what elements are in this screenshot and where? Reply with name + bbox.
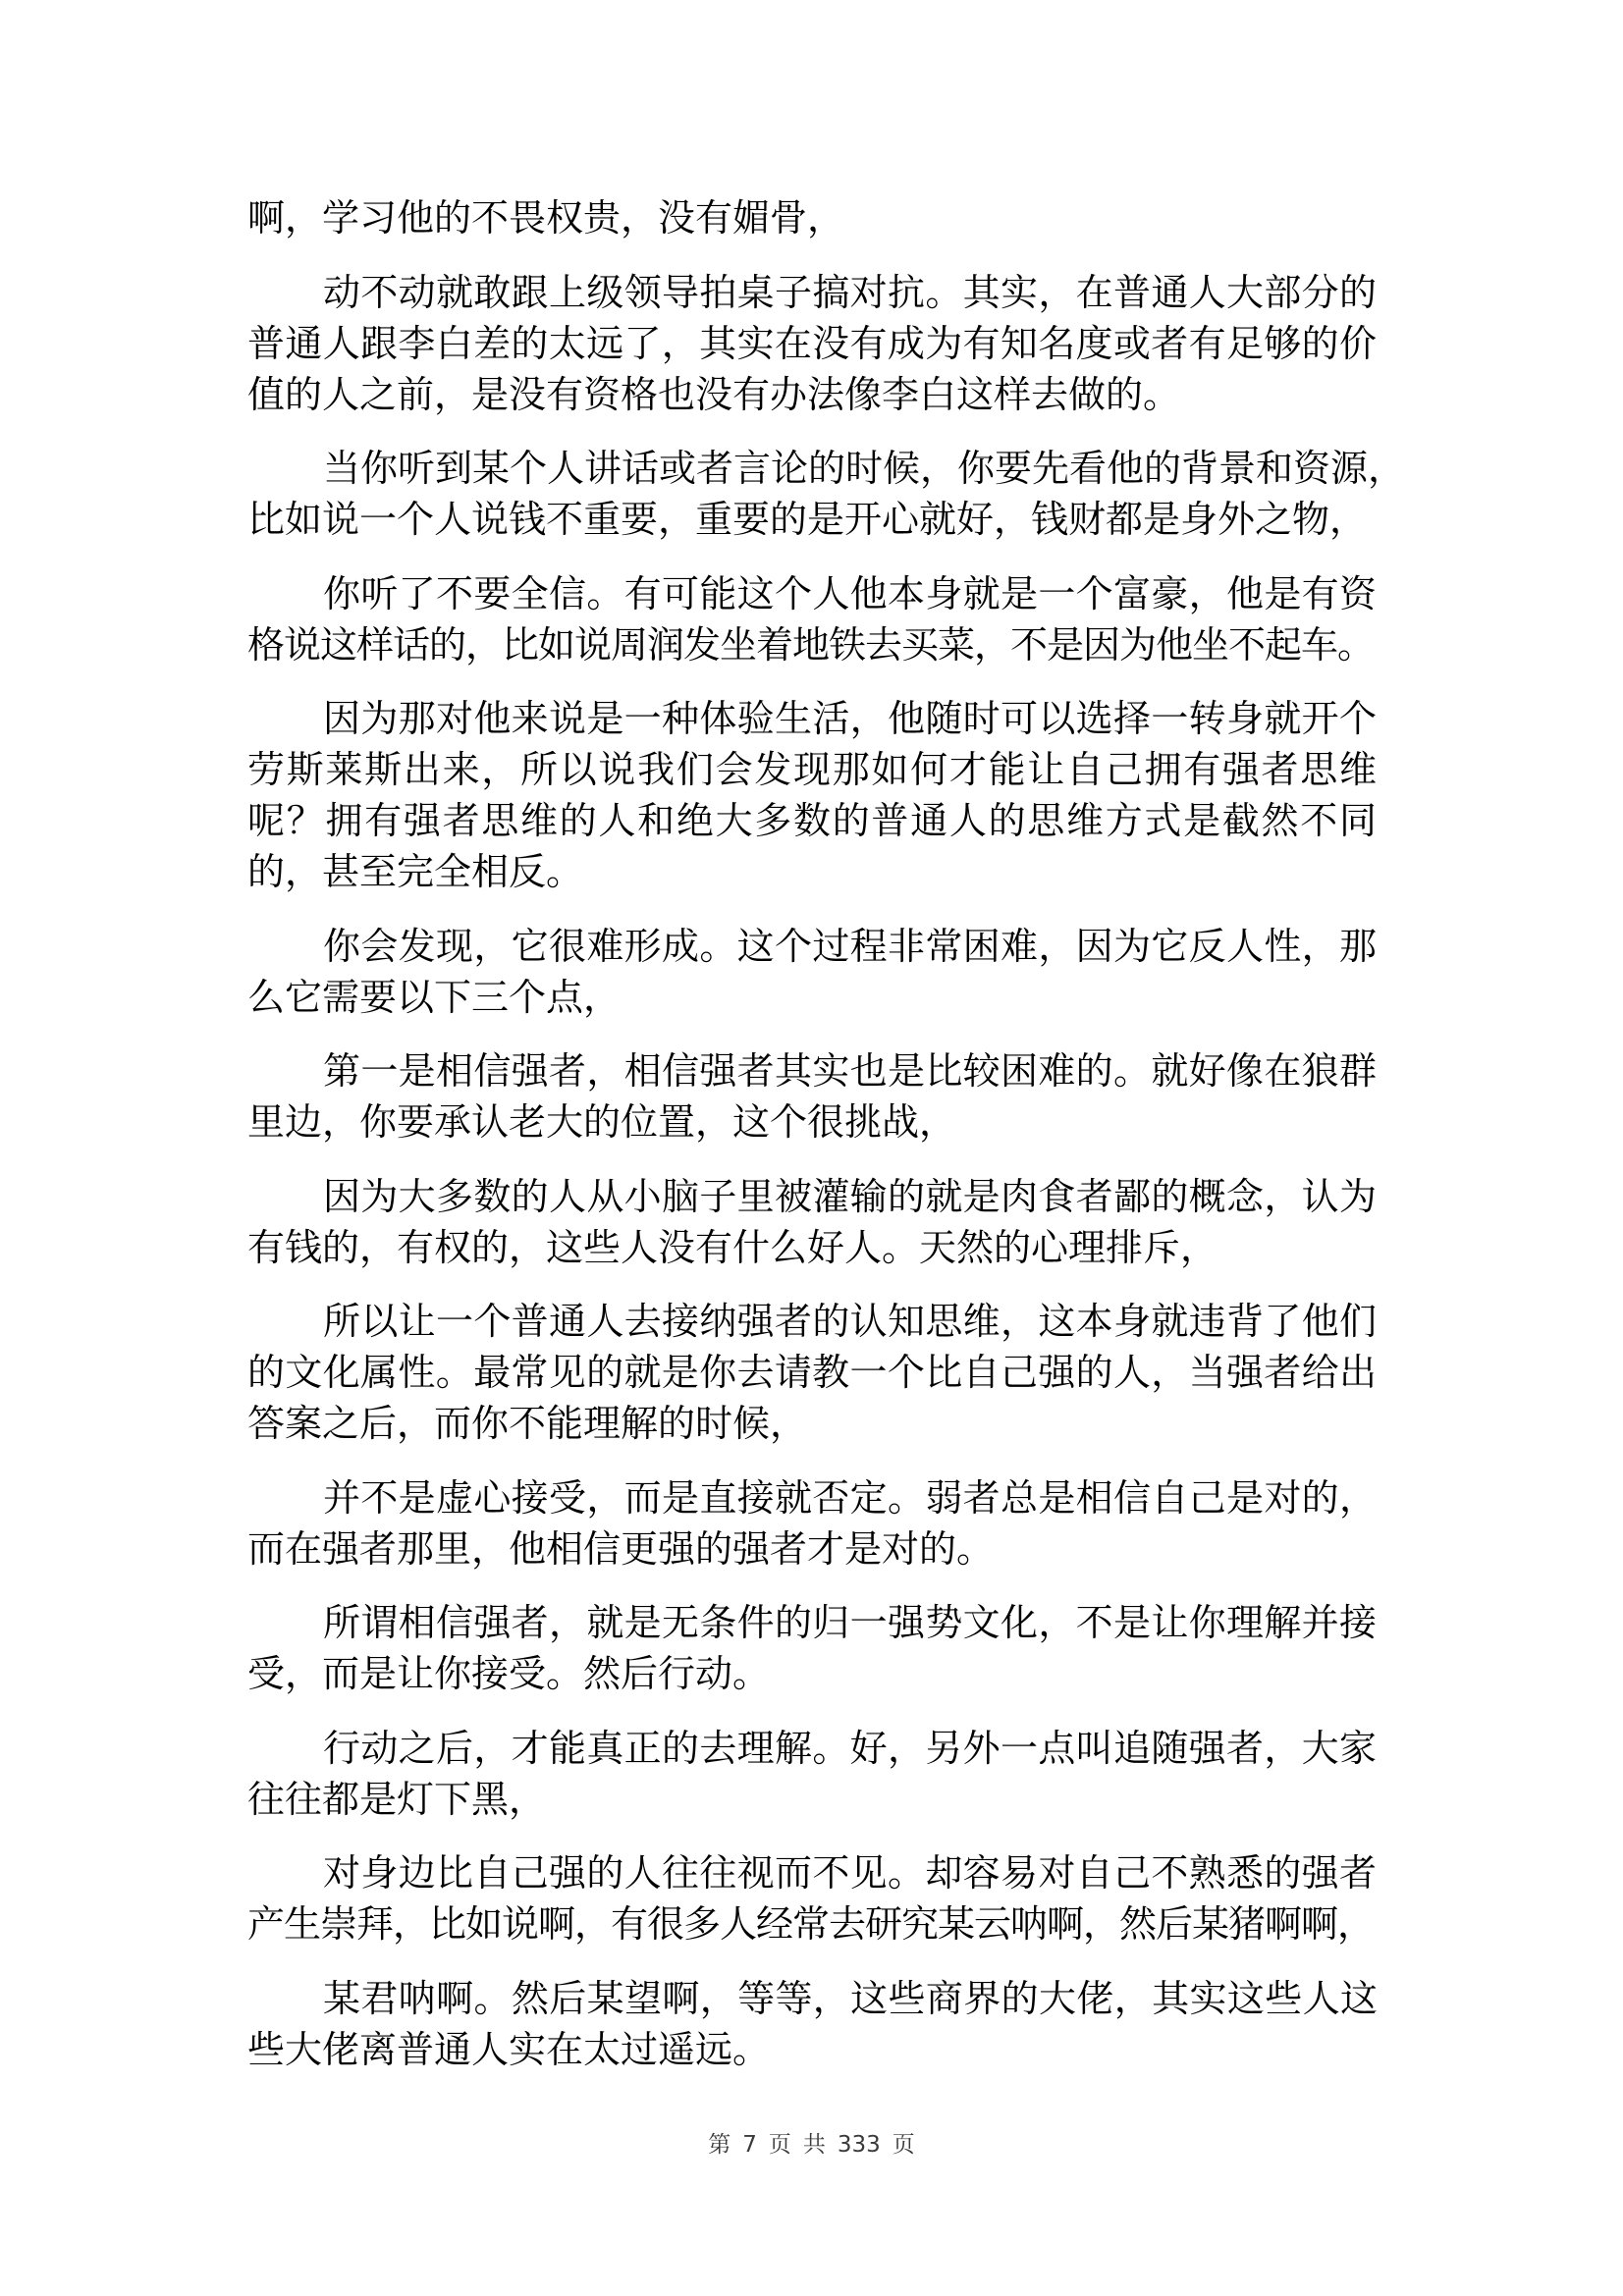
paragraph: 啊，学习他的不畏权贵，没有媚骨， (247, 192, 1377, 243)
text-line: 普通人跟李白差的太远了，其实在没有成为有知名度或者有足够的价 (247, 318, 1377, 369)
text-line: 动不动就敢跟上级领导拍桌子搞对抗。其实，在普通人大部分的 (247, 267, 1377, 318)
paragraph: 动不动就敢跟上级领导拍桌子搞对抗。其实，在普通人大部分的 普通人跟李白差的太远了… (247, 267, 1377, 420)
paragraph: 所以让一个普通人去接纳强者的认知思维，这本身就违背了他们 的文化属性。最常见的就… (247, 1296, 1377, 1449)
paragraph: 并不是虚心接受，而是直接就否定。弱者总是相信自己是对的， 而在强者那里，他相信更… (247, 1472, 1377, 1575)
document-page: 啊，学习他的不畏权贵，没有媚骨， 动不动就敢跟上级领导拍桌子搞对抗。其实，在普通… (0, 0, 1623, 2296)
text-line: 所以让一个普通人去接纳强者的认知思维，这本身就违背了他们 (247, 1296, 1377, 1347)
text-line: 答案之后，而你不能理解的时候， (247, 1398, 1377, 1449)
text-line: 么它需要以下三个点， (247, 972, 1377, 1023)
text-line: 些大佬离普通人实在太过遥远。 (247, 2024, 1377, 2075)
page-prefix: 第 (708, 2132, 730, 2158)
paragraph: 某君呐啊。然后某望啊，等等，这些商界的大佬，其实这些人这 些大佬离普通人实在太过… (247, 1973, 1377, 2075)
paragraph: 当你听到某个人讲话或者言论的时候，你要先看他的背景和资源， 比如说一个人说钱不重… (247, 443, 1377, 545)
paragraph: 第一是相信强者，相信强者其实也是比较困难的。就好像在狼群 里边，你要承认老大的位… (247, 1045, 1377, 1148)
text-line: 的文化属性。最常见的就是你去请教一个比自己强的人，当强者给出 (247, 1347, 1377, 1398)
text-line: 啊，学习他的不畏权贵，没有媚骨， (247, 192, 1377, 243)
total-pages: 333 (838, 2132, 881, 2158)
text-line: 往往都是灯下黑， (247, 1774, 1377, 1825)
text-line: 产生崇拜，比如说啊，有很多人经常去研究某云呐啊，然后某猪啊啊， (247, 1898, 1377, 1949)
text-line: 受，而是让你接受。然后行动。 (247, 1648, 1377, 1699)
text-line: 你会发现，它很难形成。这个过程非常困难，因为它反人性，那 (247, 921, 1377, 972)
page-footer: 第7页共333页 (0, 2130, 1623, 2160)
text-line: 而在强者那里，他相信更强的强者才是对的。 (247, 1523, 1377, 1575)
paragraph: 因为大多数的人从小脑子里被灌输的就是肉食者鄙的概念，认为 有钱的，有权的，这些人… (247, 1171, 1377, 1273)
paragraph: 行动之后，才能真正的去理解。好，另外一点叫追随强者，大家 往往都是灯下黑， (247, 1723, 1377, 1825)
paragraph: 你听了不要全信。有可能这个人他本身就是一个富豪，他是有资 格说这样话的，比如说周… (247, 568, 1377, 670)
paragraph: 所谓相信强者，就是无条件的归一强势文化，不是让你理解并接 受，而是让你接受。然后… (247, 1597, 1377, 1699)
text-line: 并不是虚心接受，而是直接就否定。弱者总是相信自己是对的， (247, 1472, 1377, 1523)
paragraph: 你会发现，它很难形成。这个过程非常困难，因为它反人性，那 么它需要以下三个点， (247, 921, 1377, 1023)
text-line: 因为那对他来说是一种体验生活，他随时可以选择一转身就开个 (247, 693, 1377, 744)
text-line: 对身边比自己强的人往往视而不见。却容易对自己不熟悉的强者 (247, 1847, 1377, 1898)
text-line: 里边，你要承认老大的位置，这个很挑战， (247, 1096, 1377, 1148)
text-line: 值的人之前，是没有资格也没有办法像李白这样去做的。 (247, 369, 1377, 420)
text-line: 所谓相信强者，就是无条件的归一强势文化，不是让你理解并接 (247, 1597, 1377, 1648)
text-line: 你听了不要全信。有可能这个人他本身就是一个富豪，他是有资 (247, 568, 1377, 619)
paragraph: 对身边比自己强的人往往视而不见。却容易对自己不熟悉的强者 产生崇拜，比如说啊，有… (247, 1847, 1377, 1949)
page-unit: 页 (769, 2132, 791, 2158)
text-line: 第一是相信强者，相信强者其实也是比较困难的。就好像在狼群 (247, 1045, 1377, 1096)
text-line: 劳斯莱斯出来，所以说我们会发现那如何才能让自己拥有强者思维 (247, 744, 1377, 795)
text-line: 某君呐啊。然后某望啊，等等，这些商界的大佬，其实这些人这 (247, 1973, 1377, 2024)
text-line: 有钱的，有权的，这些人没有什么好人。天然的心理排斥， (247, 1222, 1377, 1273)
text-line: 格说这样话的，比如说周润发坐着地铁去买菜，不是因为他坐不起车。 (247, 619, 1377, 670)
current-page-number: 7 (742, 2132, 757, 2158)
body-text: 啊，学习他的不畏权贵，没有媚骨， 动不动就敢跟上级领导拍桌子搞对抗。其实，在普通… (247, 192, 1377, 2075)
text-line: 当你听到某个人讲话或者言论的时候，你要先看他的背景和资源， (247, 443, 1377, 494)
text-line: 呢？拥有强者思维的人和绝大多数的普通人的思维方式是截然不同 (247, 795, 1377, 846)
paragraph: 因为那对他来说是一种体验生活，他随时可以选择一转身就开个 劳斯莱斯出来，所以说我… (247, 693, 1377, 897)
total-prefix: 共 (803, 2132, 826, 2158)
text-line: 比如说一个人说钱不重要，重要的是开心就好，钱财都是身外之物， (247, 494, 1377, 545)
text-line: 行动之后，才能真正的去理解。好，另外一点叫追随强者，大家 (247, 1723, 1377, 1774)
text-line: 因为大多数的人从小脑子里被灌输的就是肉食者鄙的概念，认为 (247, 1171, 1377, 1222)
text-line: 的，甚至完全相反。 (247, 846, 1377, 897)
total-unit: 页 (893, 2132, 915, 2158)
